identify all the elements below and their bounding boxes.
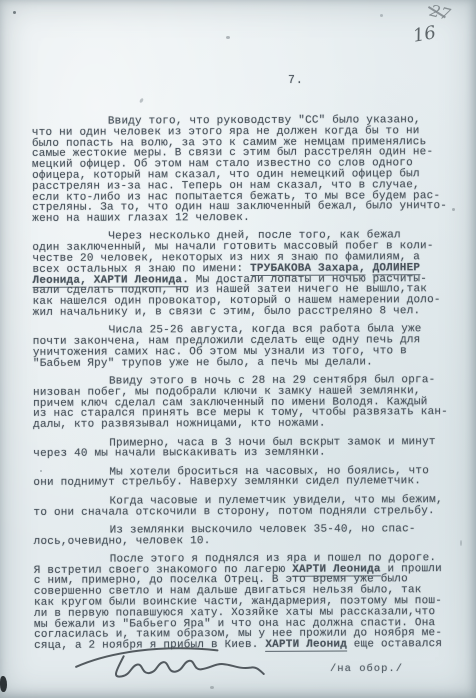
paragraph: Ввиду этого в ночь с 28 на 29 сентября б… — [33, 375, 448, 431]
scanned-document-page: 27 16 7. Ввиду того, что руководству "СС… — [0, 0, 476, 698]
stain-mark — [460, 540, 462, 546]
paragraph: Из землянки выскочило человек 35-40, но … — [34, 524, 449, 547]
verso-note: /на обор./ — [330, 663, 403, 675]
text-line: через 40 мы начали выскакивать из землян… — [33, 447, 448, 460]
stain-mark — [380, 14, 383, 17]
stain-mark — [139, 98, 144, 104]
handwritten-page-number: 16 — [411, 22, 437, 47]
paragraph: Через несколько дней, после того, как бе… — [32, 231, 447, 319]
stain-mark — [40, 470, 42, 472]
stain-mark — [0, 676, 7, 692]
text-line: лось,очевидно, человек 10. — [34, 535, 449, 548]
stain-mark — [226, 36, 230, 39]
paragraph: Числа 25-26 августа, когда вся работа бы… — [33, 324, 448, 369]
document-text: Ввиду того, что руководству "СС" было ук… — [32, 115, 449, 659]
text-line: далы, кто развязывал ножницами, кто ножа… — [33, 418, 448, 431]
typed-page-number: 7. — [288, 74, 304, 87]
paragraph: Примерно, часа в 3 ночи был вскрыт замок… — [33, 437, 448, 460]
stain-mark — [66, 300, 68, 302]
handwritten-page-number-top: 27 — [428, 1, 452, 24]
text-line: жил начальнику и, в связи с этим, было р… — [33, 306, 448, 319]
text-line: жено на наших глазах 12 человек. — [32, 212, 447, 225]
text-line: "Бабьем Яру" трупов уже не было, а печь … — [33, 357, 448, 370]
underlined-name: ХАРТИ Леонид — [265, 639, 347, 652]
stain-mark — [452, 208, 455, 211]
stain-mark — [210, 686, 214, 689]
text-line: они поднимут стрельбу. Наверху землянки … — [33, 477, 448, 490]
paragraph: Ввиду того, что руководству "СС" было ук… — [32, 115, 447, 225]
text-line: то они сначала отскочили в сторону, пото… — [34, 506, 449, 519]
paragraph: Мы хотели броситься на часовых, но бояли… — [33, 466, 448, 489]
paragraph: Когда часовые и пулеметчик увидели, что … — [33, 495, 448, 518]
text-line: Из землянки выскочило человек 35-40, но … — [34, 524, 449, 537]
stain-mark — [13, 11, 16, 14]
